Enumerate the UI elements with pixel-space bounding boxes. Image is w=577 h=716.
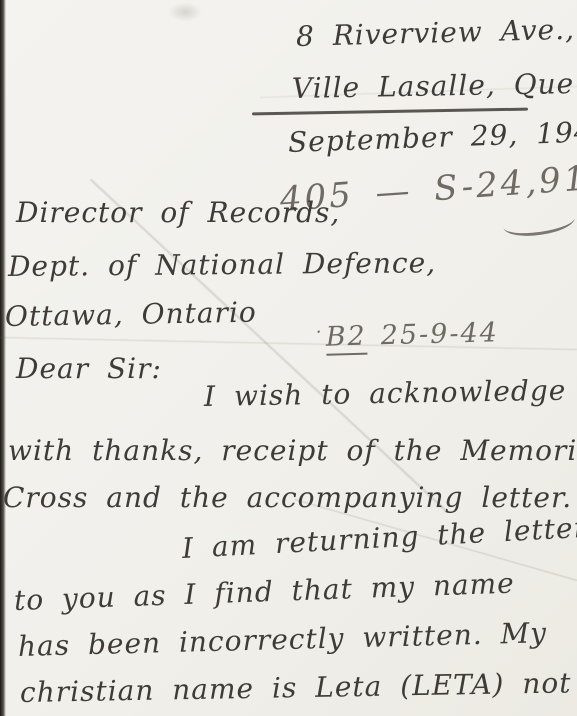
scan-edge-left (0, 0, 6, 716)
body-line: christian name is Leta (LETA) not (20, 666, 572, 709)
stamp-code: B2 (325, 321, 367, 356)
letter-scan: 8 Riverview Ave., Ville Lasalle, Que. Se… (0, 0, 577, 716)
stamp-date: 25-9-44 (380, 317, 499, 351)
stamp-dot: · (316, 322, 324, 343)
sender-date-line: September 29, 1944 (287, 115, 577, 159)
paper-smudge (168, 2, 202, 22)
recipient-dept-line: Dept. of National Defence, (8, 246, 436, 283)
salutation-line: Dear Sir: (16, 352, 162, 385)
body-line: I am returning the letter (181, 511, 577, 565)
sender-street-line: 8 Riverview Ave., (296, 13, 576, 53)
body-line: with thanks, receipt of the Memorial (8, 434, 577, 467)
pencil-received-stamp: ·B225-9-44 (316, 317, 500, 353)
body-line: has been incorrectly written. My (18, 616, 548, 663)
sender-city-line: Ville Lasalle, Que. (292, 67, 577, 105)
recipient-name-line: Director of Records, (16, 196, 340, 229)
circle-flourish (502, 205, 577, 240)
body-line: Cross and the accompanying letter. (3, 481, 572, 514)
recipient-city-line: Ottawa, Ontario (5, 296, 257, 333)
body-line: I wish to acknowledge (204, 374, 567, 413)
underline-flourish (252, 108, 528, 116)
body-line: to you as I find that my name (13, 567, 515, 617)
